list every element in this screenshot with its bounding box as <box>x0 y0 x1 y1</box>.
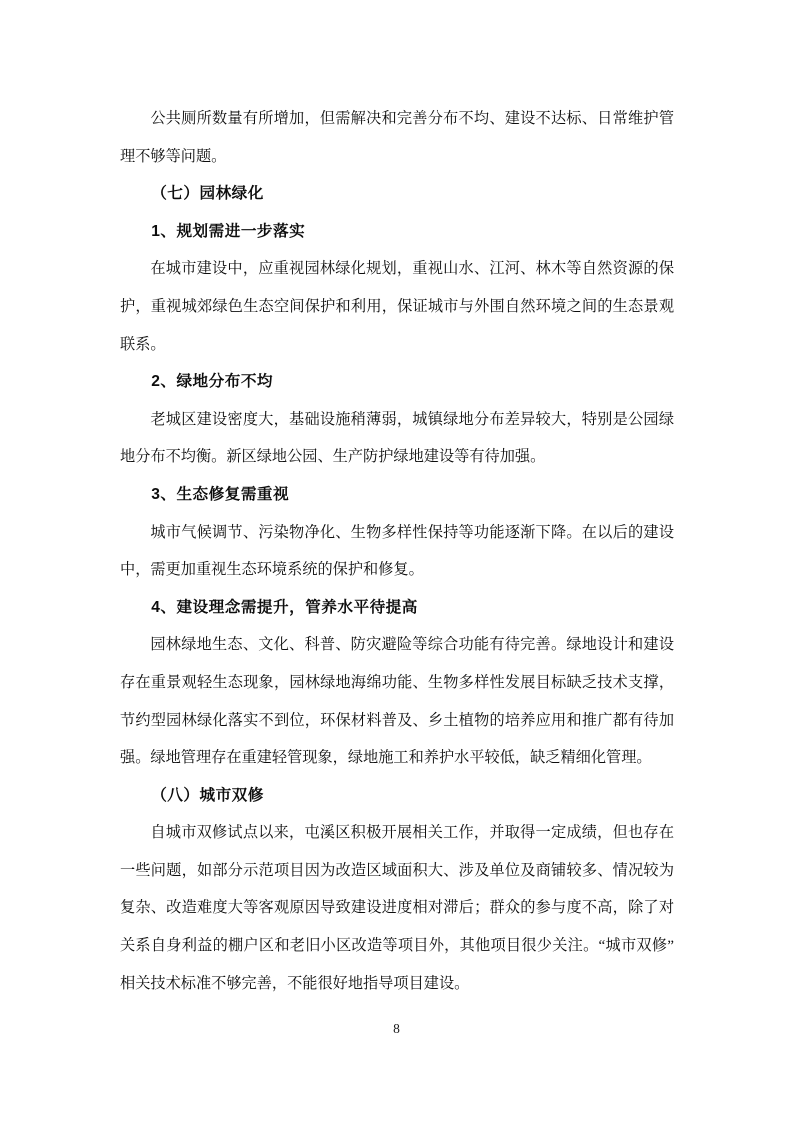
text-line: 相关技术标准不够完善，不能很好地指导项目建设。 <box>120 965 674 1003</box>
heading-section-7-landscaping: （七）园林绿化 <box>120 175 674 213</box>
text-line: 中，需更加重视生态环境系统的保护和修复。 <box>120 551 674 589</box>
text-line: 护，重视城郊绿色生态空间保护和利用，保证城市与外围自然环境之间的生态景观 <box>120 288 674 326</box>
text-line: 公共厕所数量有所增加，但需解决和完善分布不均、建设不达标、日常维护管 <box>120 100 674 138</box>
text-line: 园林绿地生态、文化、科普、防灾避险等综合功能有待完善。绿地设计和建设 <box>120 626 674 664</box>
text-line: 一些问题，如部分示范项目因为改造区域面积大、涉及单位及商铺较多、情况较为 <box>120 852 674 890</box>
text-line: 关系自身利益的棚户区和老旧小区改造等项目外，其他项目很少关注。“城市双修” <box>120 927 674 965</box>
heading-sub-2-green-distribution: 2、绿地分布不均 <box>120 363 674 401</box>
heading-sub-3-ecological-restoration: 3、生态修复需重视 <box>120 476 674 514</box>
text-line: 老城区建设密度大，基础设施稍薄弱，城镇绿地分布差异较大，特别是公园绿 <box>120 401 674 439</box>
text-line: 存在重景观轻生态现象，园林绿地海绵功能、生物多样性发展目标缺乏技术支撑， <box>120 664 674 702</box>
page-number: 8 <box>393 1021 400 1036</box>
heading-section-8-urban-repair: （八）城市双修 <box>120 777 674 815</box>
paragraph-sub-2-green-distribution: 老城区建设密度大，基础设施稍薄弱，城镇绿地分布差异较大，特别是公园绿地分布不均衡… <box>120 401 674 476</box>
paragraph-public-toilets: 公共厕所数量有所增加，但需解决和完善分布不均、建设不达标、日常维护管理不够等问题… <box>120 100 674 175</box>
document-page: 公共厕所数量有所增加，但需解决和完善分布不均、建设不达标、日常维护管理不够等问题… <box>0 0 793 1122</box>
document-body: 公共厕所数量有所增加，但需解决和完善分布不均、建设不达标、日常维护管理不够等问题… <box>120 100 674 1002</box>
text-line: 自城市双修试点以来，屯溪区积极开展相关工作，并取得一定成绩，但也存在 <box>120 814 674 852</box>
text-line: 在城市建设中，应重视园林绿化规划，重视山水、江河、林木等自然资源的保 <box>120 250 674 288</box>
heading-sub-4-construction-concept: 4、建设理念需提升，管养水平待提高 <box>120 589 674 627</box>
paragraph-sub-4-construction-concept: 园林绿地生态、文化、科普、防灾避险等综合功能有待完善。绿地设计和建设存在重景观轻… <box>120 626 674 776</box>
text-line: 复杂、改造难度大等客观原因导致建设进度相对滞后；群众的参与度不高，除了对 <box>120 889 674 927</box>
paragraph-sub-1-planning: 在城市建设中，应重视园林绿化规划，重视山水、江河、林木等自然资源的保护，重视城郊… <box>120 250 674 363</box>
text-line: 节约型园林绿化落实不到位，环保材料普及、乡土植物的培养应用和推广都有待加 <box>120 702 674 740</box>
heading-sub-1-planning: 1、规划需进一步落实 <box>120 213 674 251</box>
page-footer: 8 <box>0 1019 793 1039</box>
paragraph-sub-3-ecological-restoration: 城市气候调节、污染物净化、生物多样性保持等功能逐渐下降。在以后的建设中，需更加重… <box>120 514 674 589</box>
text-line: 强。绿地管理存在重建轻管现象，绿地施工和养护水平较低，缺乏精细化管理。 <box>120 739 674 777</box>
paragraph-section-8-urban-repair: 自城市双修试点以来，屯溪区积极开展相关工作，并取得一定成绩，但也存在一些问题，如… <box>120 814 674 1002</box>
text-line: 地分布不均衡。新区绿地公园、生产防护绿地建设等有待加强。 <box>120 438 674 476</box>
text-line: 联系。 <box>120 326 674 364</box>
text-line: 城市气候调节、污染物净化、生物多样性保持等功能逐渐下降。在以后的建设 <box>120 514 674 552</box>
text-line: 理不够等问题。 <box>120 138 674 176</box>
